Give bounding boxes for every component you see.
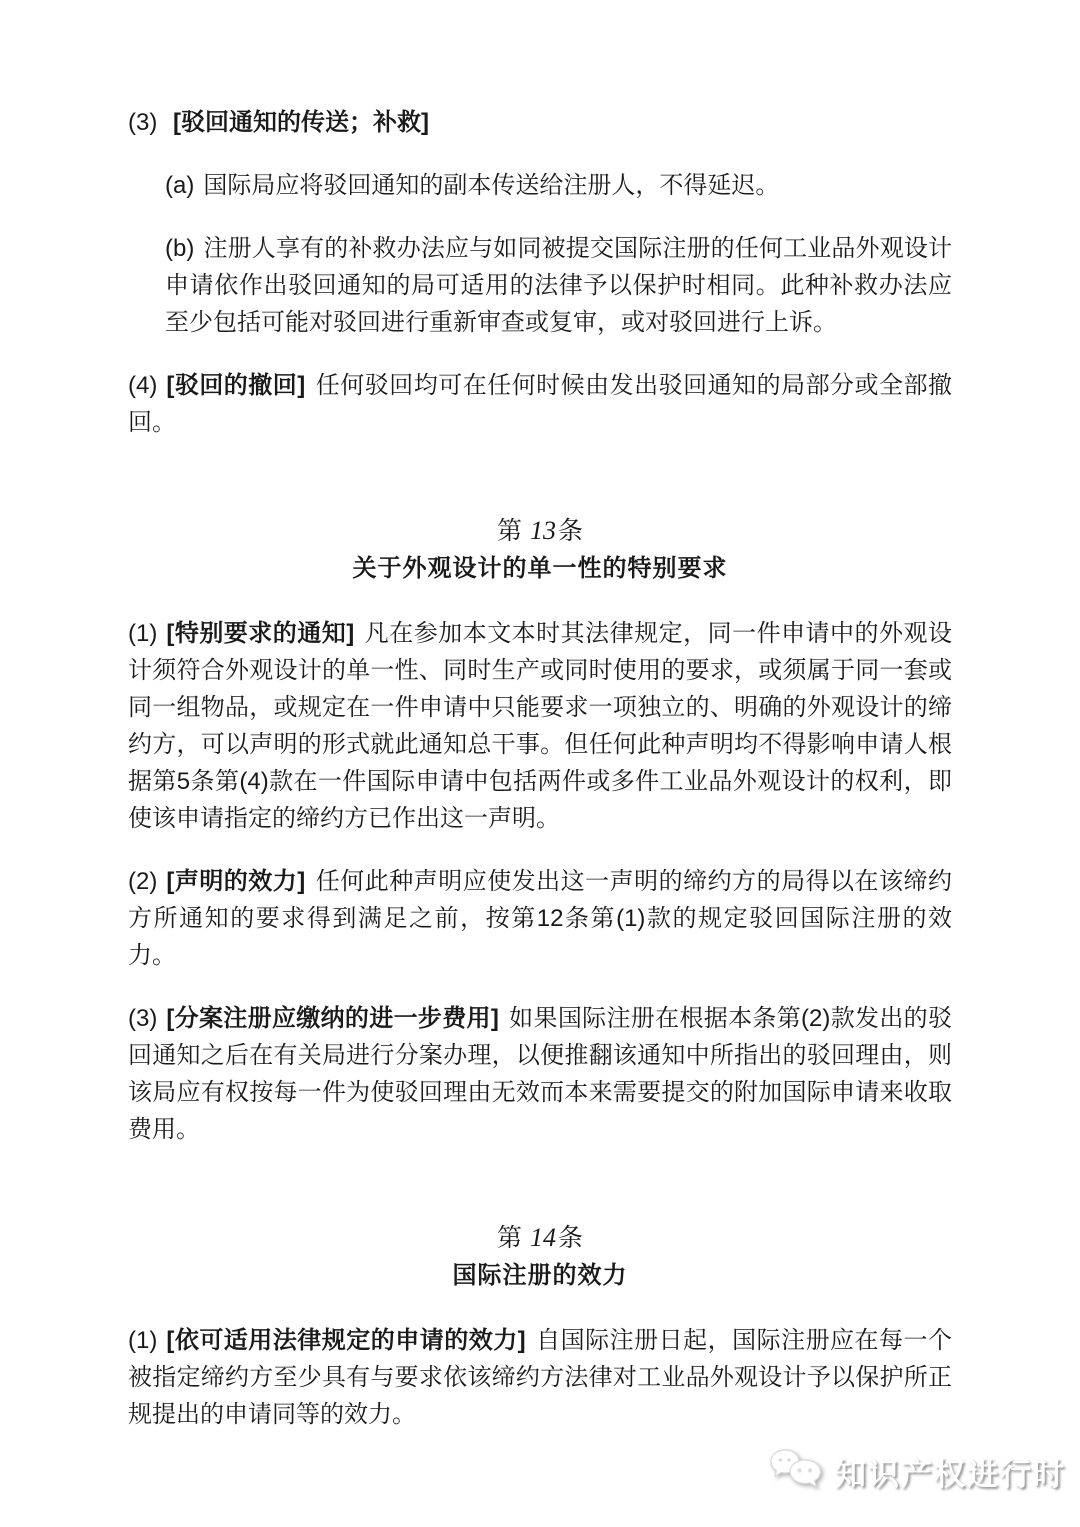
paragraph-text: 注册人享有的补救办法应与如同被提交国际注册的任何工业品外观设计申请依作出驳回通知…: [165, 235, 952, 336]
paragraph-3a: (a)国际局应将驳回通知的副本传送给注册人，不得延迟。: [165, 167, 952, 204]
paragraph-marker: (a): [165, 172, 194, 199]
paragraph-marker: (4): [128, 372, 157, 399]
article-number: 14: [522, 1223, 558, 1252]
bracket-label: [分案注册应缴纳的进一步费用]: [166, 1005, 499, 1032]
paragraph-3b: (b)注册人享有的补救办法应与如同被提交国际注册的任何工业品外观设计申请依作出驳…: [165, 230, 952, 341]
paragraph-3-heading: (3) [驳回通知的传送；补救]: [128, 104, 952, 141]
paragraph-marker: (1): [128, 1327, 157, 1354]
wechat-chat-bubbles-icon: [768, 1447, 826, 1495]
paragraph-marker: (b): [165, 235, 194, 262]
paragraph-marker: (2): [128, 868, 157, 895]
bracket-label: [特别要求的通知]: [166, 620, 354, 647]
article-number-suffix: 条: [558, 1224, 583, 1252]
article-13-heading: 第13条 关于外观设计的单一性的特别要求: [128, 512, 952, 588]
article-13-paragraph-3: (3)[分案注册应缴纳的进一步费用]如果国际注册在根据本条第(2)款发出的驳回通…: [128, 1000, 952, 1148]
article-14-number-line: 第14条: [128, 1219, 952, 1257]
paragraph-text: 凡在参加本文本时其法律规定，同一件申请中的外观设计须符合外观设计的单一性、同时生…: [128, 620, 952, 832]
bracket-label: [声明的效力]: [166, 868, 305, 895]
watermark-text: 知识产权进行时: [835, 1449, 1066, 1494]
paragraph-marker: (3): [128, 109, 157, 136]
bracket-label: [驳回通知的传送；补救]: [173, 109, 429, 136]
article-14-heading: 第14条 国际注册的效力: [128, 1219, 952, 1295]
bracket-label: [依可适用法律规定的申请的效力]: [166, 1327, 525, 1354]
article-13-number-line: 第13条: [128, 512, 952, 550]
article-number-prefix: 第: [497, 1224, 522, 1252]
article-number-prefix: 第: [497, 517, 522, 545]
paragraph-text: 国际局应将驳回通知的副本传送给注册人，不得延迟。: [203, 172, 779, 199]
paragraph-4: (4)[驳回的撤回]任何驳回均可在任何时候由发出驳回通知的局部分或全部撤回。: [128, 367, 952, 441]
watermark: 知识产权进行时: [768, 1447, 1066, 1495]
article-number: 13: [522, 516, 558, 545]
article-13-paragraph-2: (2)[声明的效力]任何此种声明应使发出这一声明的缔约方的局得以在该缔约方所通知…: [128, 863, 952, 974]
article-number-suffix: 条: [558, 517, 583, 545]
bracket-label: [驳回的撤回]: [166, 372, 305, 399]
paragraph-marker: (1): [128, 620, 157, 647]
paragraph-marker: (3): [128, 1005, 157, 1032]
article-14-paragraph-1: (1)[依可适用法律规定的申请的效力]自国际注册日起，国际注册应在每一个被指定缔…: [128, 1322, 952, 1433]
document-page: (3) [驳回通知的传送；补救] (a)国际局应将驳回通知的副本传送给注册人，不…: [0, 0, 1080, 1527]
article-13-title: 关于外观设计的单一性的特别要求: [128, 550, 952, 588]
article-13-paragraph-1: (1)[特别要求的通知]凡在参加本文本时其法律规定，同一件申请中的外观设计须符合…: [128, 615, 952, 837]
article-14-title: 国际注册的效力: [128, 1257, 952, 1295]
document-content: (3) [驳回通知的传送；补救] (a)国际局应将驳回通知的副本传送给注册人，不…: [128, 104, 952, 1459]
